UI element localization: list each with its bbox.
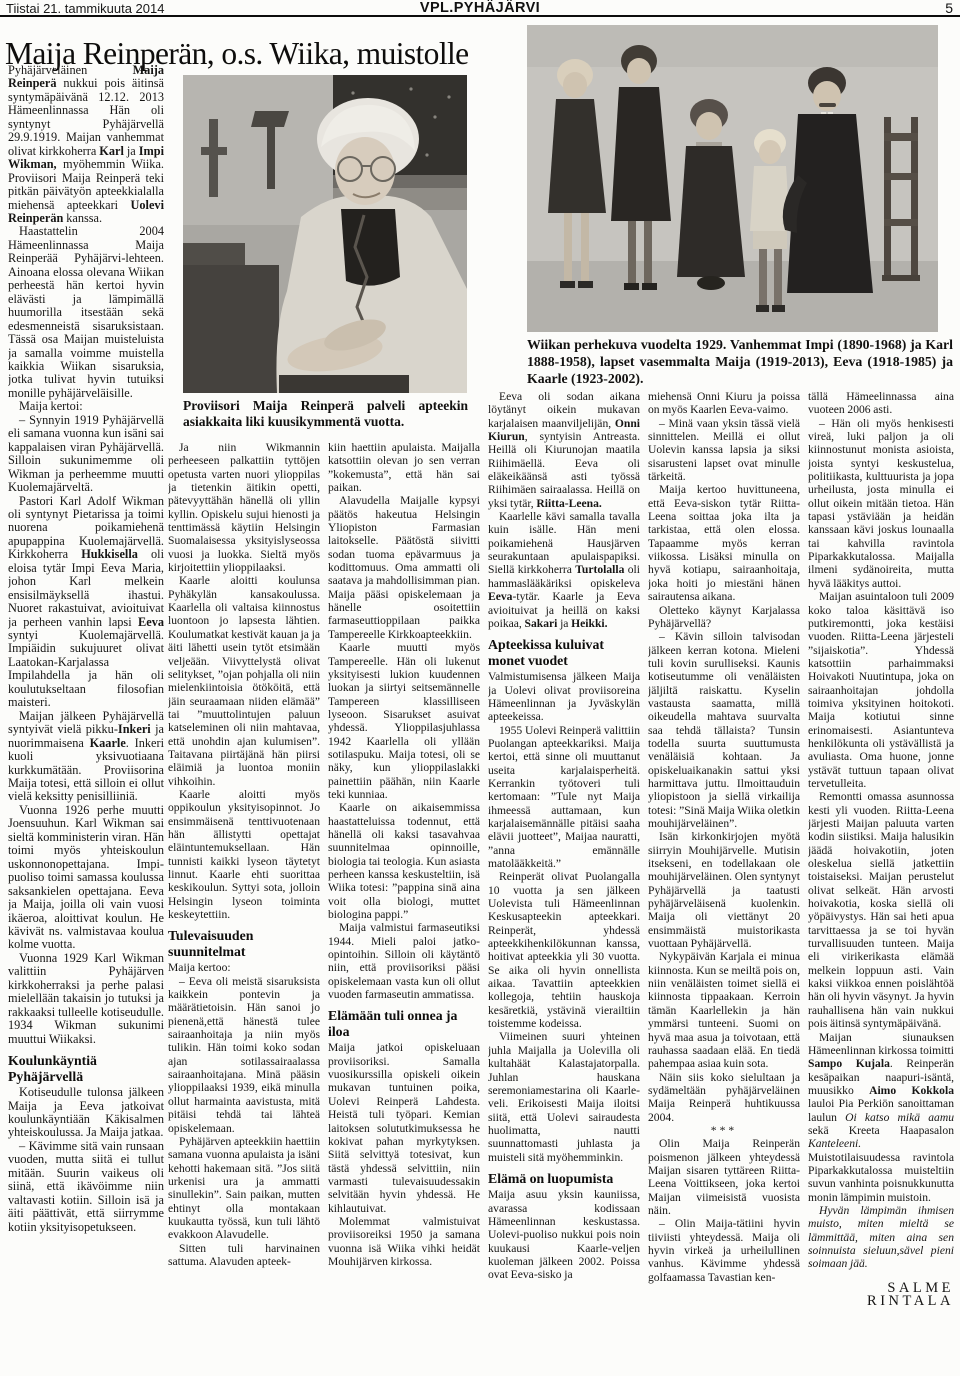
paragraph: Nykypäivän Karjala ei minua kiinnosta. K…	[648, 950, 800, 1070]
paragraph: Kaarle muutti myös Tampereelle. Hän oli …	[328, 641, 480, 801]
paragraph: Maija kertoo:	[168, 961, 320, 974]
paragraph: Reinperät olivat Puolangalla 10 vuotta j…	[488, 870, 640, 1030]
paragraph: – Eeva oli meistä sisaruksista kaikkein …	[168, 975, 320, 1135]
paragraph: Sitten tuli harvinainen sattuma. Alavude…	[168, 1242, 320, 1269]
stars-separator: ***	[648, 1124, 800, 1137]
column-5: miehensä Onni Kiuru ja poissa on myös Ka…	[648, 390, 800, 1374]
paragraph: Alavudella Maijalle kypsyi päätös hakeut…	[328, 494, 480, 641]
paragraph: 1955 Uolevi Reinperä valittiin Puolangan…	[488, 724, 640, 871]
paragraph: kiin haettiin apulaista. Maijalla katsot…	[328, 441, 480, 494]
paragraph: Isän kirkonkirjojen myötä siirryin Mouhi…	[648, 830, 800, 950]
paragraph: – Kävin silloin talvisodan jälkeen kerra…	[648, 630, 800, 830]
paragraph: Kotiseudulle tulonsa jälkeen Maija ja Ee…	[8, 1086, 164, 1140]
paragraph: Maijan jälkeen Pyhäjärvellä syntyivät vi…	[8, 710, 164, 804]
page-number: 5	[945, 0, 953, 16]
paragraph: Haastattelin 2004 Hämeenlinnassa Maija R…	[8, 225, 164, 400]
paragraph: Pyhäjärveläinen Maija Reinperä nukkui po…	[8, 64, 164, 225]
column-4: Eeva oli sodan aikana löytänyt oikein mu…	[488, 390, 640, 1374]
paragraph: Eeva oli sodan aikana löytänyt oikein mu…	[488, 390, 640, 510]
paragraph: Oletteko käynyt Karjalassa Pyhäjärvellä?	[648, 604, 800, 631]
paragraph: Maijan asuintaloon tuli 2009 koko taloa …	[808, 590, 954, 790]
paragraph: tällä Hämeelinnassa aina vuoteen 2006 as…	[808, 390, 954, 417]
paragraph: – Kävimme sitä vain runsaan vuoden, mutt…	[8, 1140, 164, 1234]
paragraph: Pastori Karl Adolf Wikman oli syntynyt P…	[8, 495, 164, 710]
paper-title: VPL.PYHÄJÄRVI	[0, 0, 960, 16]
paragraph: Maija valmistui farmaseutiksi 1944. Miel…	[328, 921, 480, 1001]
paragraph: Kaarlelle kävi samalla tavalla kuin isäl…	[488, 510, 640, 630]
paragraph: – Minä vaan yksin tässä vielä sinnittele…	[648, 417, 800, 484]
paragraph: Pyhäjärven apteekkiin haettiin samana vu…	[168, 1135, 320, 1242]
paragraph: Olin Maija Reinperän poismenon jälkeen y…	[648, 1137, 800, 1217]
paragraph: Maija asuu yksin kauniissa, avarassa kod…	[488, 1188, 640, 1281]
memorial-verse: Hyvän lämpimän ihmisen muisto, miten mie…	[808, 1204, 954, 1271]
family-photo-caption: Wiikan perhekuva vuodelta 1929. Vanhemma…	[527, 336, 953, 387]
paragraph: Maija kertoo huvittuneena, että Eeva-sis…	[648, 483, 800, 603]
subhead-elamaan-tuli-onnea: Elämään tuli onnea ja iloa	[328, 1008, 480, 1039]
family-photo	[527, 25, 938, 332]
subhead-koulunkayntia: Koulunkäyntiä Pyhäjärvellä	[8, 1053, 164, 1084]
paragraph: Näin siis koko sielultaan ja sydämeltään…	[648, 1071, 800, 1124]
paragraph: Viimeinen suuri yhteinen juhla Maijalla …	[488, 1030, 640, 1163]
paragraph: Kaarle on aikaisemmissa haastatteluissa …	[328, 801, 480, 921]
paragraph: – Synnyin 1919 Pyhäjärvellä eli samana v…	[8, 414, 164, 495]
column-1: Pyhäjärveläinen Maija Reinperä nukkui po…	[8, 64, 164, 1356]
column-3: kiin haettiin apulaista. Maijalla katsot…	[328, 441, 480, 1373]
portrait-photo-illustration	[183, 75, 467, 393]
paragraph: Molemmat valmistuivat proviisoreiksi 195…	[328, 1215, 480, 1268]
paragraph: Ja niin Wikmannin perheeseen palkattiin …	[168, 441, 320, 574]
portrait-photo	[183, 75, 467, 393]
paragraph: Vuonna 1926 perhe muutti Joensuuhun. Kar…	[8, 804, 164, 952]
paragraph: Maija kertoi:	[8, 400, 164, 413]
paragraph: Kaarle aloitti myös oppikoulun yksityiso…	[168, 788, 320, 921]
newspaper-page: { "colors": { "paper": "#fcfcfa", "ink":…	[0, 0, 960, 1376]
subhead-apteekissa: Apteekissa kuluivat monet vuodet	[488, 637, 640, 668]
author-signature: SALME RINTALA	[808, 1282, 954, 1309]
paragraph: Maija jatkoi opiskeluaan proviisoriksi. …	[328, 1041, 480, 1214]
column-6: tällä Hämeelinnassa aina vuoteen 2006 as…	[808, 390, 954, 1374]
paragraph: Kaarle aloitti koulunsa Pyhäkylän kansak…	[168, 574, 320, 788]
paragraph: – Olin Maija-tätiini hyvin tiiviisti yht…	[648, 1217, 800, 1284]
header-rule	[0, 15, 960, 17]
column-2: Ja niin Wikmannin perheeseen palkattiin …	[168, 441, 320, 1373]
paragraph: – Hän oli myös henkisesti vireä, luki pa…	[808, 417, 954, 590]
paragraph: Valmistumisensa jälkeen Maija ja Uolevi …	[488, 670, 640, 723]
portrait-photo-caption: Proviisori Maija Reinperä palveli apteek…	[183, 398, 468, 429]
paragraph: Vuonna 1929 Karl Wikman valittiin Pyhäjä…	[8, 952, 164, 1046]
subhead-elama-on-luopumista: Elämä on luopumista	[488, 1171, 640, 1187]
paragraph: miehensä Onni Kiuru ja poissa on myös Ka…	[648, 390, 800, 417]
paragraph: Maijan siunauksen Hämeenlinnan kirkossa …	[808, 1031, 954, 1204]
paragraph: Remontti omassa asunnossa kesti yli vuod…	[808, 790, 954, 1030]
subhead-tulevaisuuden: Tulevaisuuden suunnitelmat	[168, 928, 320, 959]
family-photo-illustration	[527, 25, 938, 332]
